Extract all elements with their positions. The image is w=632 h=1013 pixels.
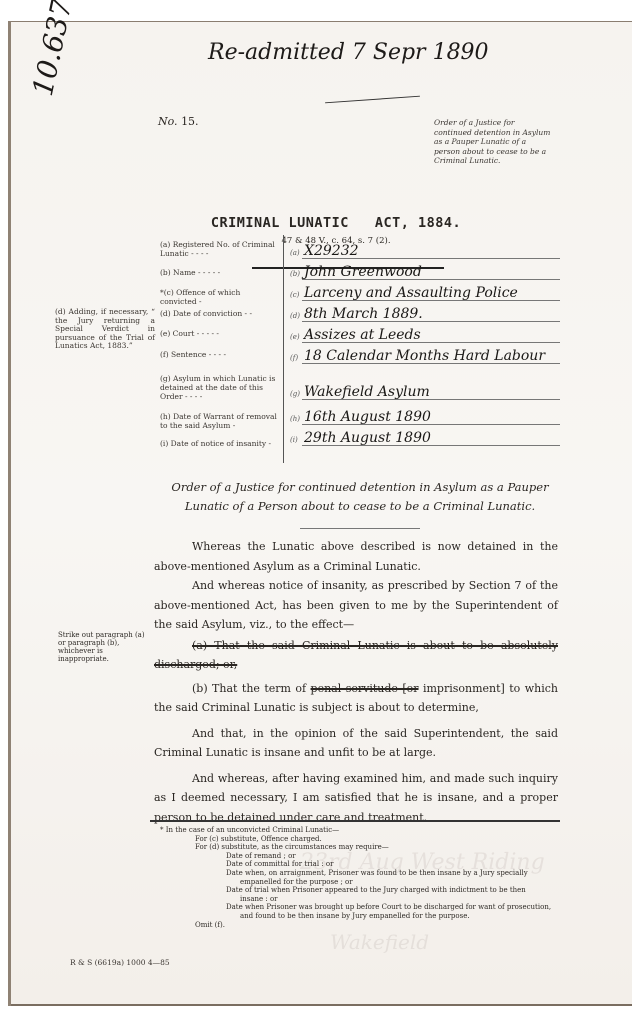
paragraph-b: (b) That the term of penal servitude [or… xyxy=(154,679,558,718)
field-f: (f) 18 Calendar Months Hard Labour xyxy=(290,345,560,364)
field-rule xyxy=(302,300,560,301)
field-value-notice-date: 29th August 1890 xyxy=(304,430,431,446)
paragraph-whereas-detained: Whereas the Lunatic above described is n… xyxy=(154,537,558,576)
field-e: (e) Assizes at Leeds xyxy=(290,324,560,343)
act-title: CRIMINAL LUNATIC ACT, 1884. xyxy=(0,215,632,231)
field-letter: (e) xyxy=(290,333,300,341)
field-letter: (h) xyxy=(290,415,300,423)
footnote-head: * In the case of an unconvicted Criminal… xyxy=(160,826,570,835)
footnote-item: Date when Prisoner was brought up before… xyxy=(160,903,570,912)
field-label-d: (d) Date of conviction - - xyxy=(160,309,278,318)
footnote-item: Date when, on arraignment, Prisoner was … xyxy=(160,869,570,878)
field-h: (h) 16th August 1890 xyxy=(290,406,560,425)
field-label-g: (g) Asylum in which Lunatic is detained … xyxy=(160,374,278,401)
field-value-court: Assizes at Leeds xyxy=(304,327,421,343)
paragraph-a-struck: (a) That the said Criminal Lunatic is ab… xyxy=(154,636,558,675)
field-rule xyxy=(302,279,560,280)
field-label-b: (b) Name - - - - - xyxy=(160,268,278,277)
footnote-divider xyxy=(150,820,560,822)
footnote-item: and found to be then insane by Jury empa… xyxy=(160,912,570,921)
paragraph-b-start: (b) That the term of xyxy=(192,682,311,695)
field-letter: (i) xyxy=(290,436,298,444)
paragraph-superintendent-opinion: And that, in the opinion of the said Sup… xyxy=(154,724,558,763)
field-i: (i) 29th August 1890 xyxy=(290,427,560,446)
form-number-prefix: No. xyxy=(158,115,178,128)
field-label-h: (h) Date of Warrant of removal to the sa… xyxy=(160,412,278,430)
field-value-offence: Larceny and Assaulting Police xyxy=(304,285,518,301)
footnote: * In the case of an unconvicted Criminal… xyxy=(160,826,570,929)
footnote-omit: Omit (f). xyxy=(160,921,570,930)
field-label-e: (e) Court - - - - - xyxy=(160,329,278,338)
field-value-name: John Greenwood xyxy=(304,264,422,280)
field-c: (c) Larceny and Assaulting Police xyxy=(290,282,560,301)
paragraph-notice-of-insanity: And whereas notice of insanity, as presc… xyxy=(154,576,558,635)
handwritten-readmitted-note: Re-admitted 7 Sepr 1890 xyxy=(208,40,489,65)
field-rule xyxy=(302,258,560,259)
footnote-c: For (c) substitute, Offence charged. xyxy=(160,835,570,844)
body-text: Whereas the Lunatic above described is n… xyxy=(154,537,558,827)
footnote-d: For (d) substitute, as the circumstances… xyxy=(160,843,570,852)
page-fold-edge xyxy=(8,21,11,1006)
field-label-a: (a) Registered No. of Criminal Lunatic -… xyxy=(160,240,278,258)
field-letter: (d) xyxy=(290,312,300,320)
footnote-item: Date of trial when Prisoner appeared to … xyxy=(160,886,570,895)
field-label-f: (f) Sentence - - - - xyxy=(160,350,278,359)
order-divider xyxy=(300,528,420,529)
field-rule xyxy=(302,399,560,400)
footnote-item: empanelled for the purpose ; or xyxy=(160,878,570,887)
field-label-i: (i) Date of notice of insanity - xyxy=(160,439,278,448)
field-letter: (f) xyxy=(290,354,298,362)
form-number-value: 15. xyxy=(181,115,199,128)
field-value-sentence: 18 Calendar Months Hard Labour xyxy=(304,348,545,364)
field-letter: (c) xyxy=(290,291,299,299)
field-rule xyxy=(302,363,560,364)
field-letter: (a) xyxy=(290,249,300,257)
field-rule xyxy=(302,321,560,322)
field-value-asylum: Wakefield Asylum xyxy=(304,384,430,400)
order-heading: Order of a Justice for continued detenti… xyxy=(150,478,570,516)
field-value-warrant-date: 16th August 1890 xyxy=(304,409,431,425)
margin-note-strike-out: Strike out paragraph (a) or paragraph (b… xyxy=(58,631,153,663)
field-label-c: *(c) Offence of which convicted - xyxy=(160,288,278,306)
field-letter: (b) xyxy=(290,270,300,278)
field-rule xyxy=(302,445,560,446)
footnote-item: Date of committal for trial : or xyxy=(160,860,570,869)
field-a: (a) X29232 xyxy=(290,240,560,259)
paragraph-justice-satisfied: And whereas, after having examined him, … xyxy=(154,769,558,828)
field-value-date-of-conviction: 8th March 1889. xyxy=(304,306,423,322)
field-g: (g) Wakefield Asylum xyxy=(290,378,560,400)
footnote-item: Date of remand ; or xyxy=(160,852,570,861)
bleed-through-handwriting-2: Wakefield xyxy=(330,930,429,954)
field-divider-line xyxy=(283,235,284,463)
margin-note-d: (d) Adding, if necessary, “ the Jury ret… xyxy=(55,308,155,351)
field-letter: (g) xyxy=(290,390,300,398)
sidenote-top: Order of a Justice for continued detenti… xyxy=(434,118,554,166)
footnote-item: insane : or xyxy=(160,895,570,904)
field-rule xyxy=(302,342,560,343)
form-number: No. 15. xyxy=(158,115,199,128)
printer-code: R & S (6619a) 1000 4—85 xyxy=(70,958,170,967)
field-rule xyxy=(302,424,560,425)
paragraph-b-struck: penal servitude [or xyxy=(311,682,419,695)
field-value-registered-no: X29232 xyxy=(304,243,359,259)
field-b: (b) John Greenwood xyxy=(290,261,560,280)
field-d: (d) 8th March 1889. xyxy=(290,303,560,322)
